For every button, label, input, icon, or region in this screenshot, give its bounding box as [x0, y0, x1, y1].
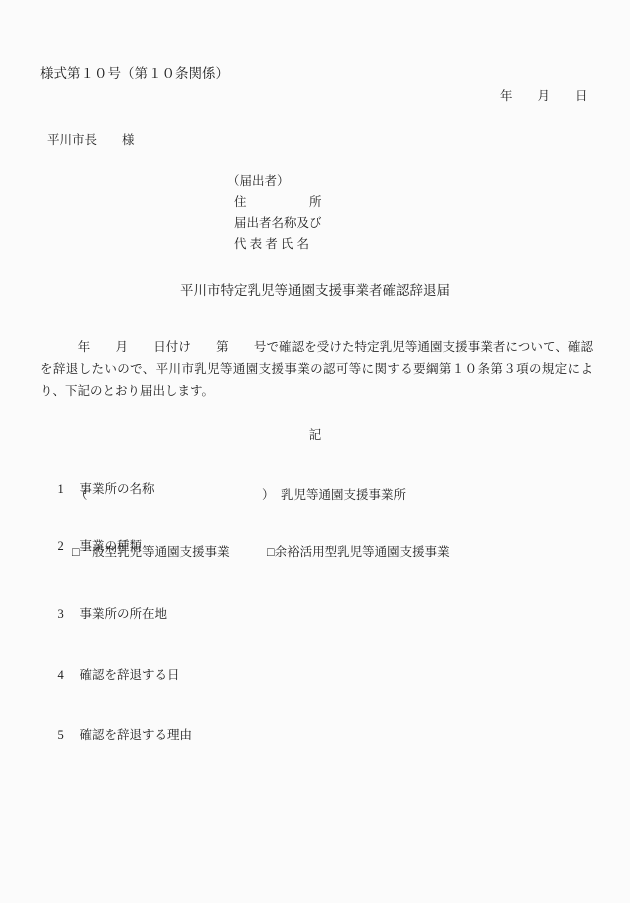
record-heading: 記	[40, 425, 590, 443]
paren-close: ）	[262, 485, 275, 503]
item-4-label: 確認を辞退する日	[80, 668, 180, 682]
applicant-block: （届出者） 住 所 届出者名称及び 代 表 者 氏 名	[227, 171, 322, 255]
form-page: 様式第１０号（第１０条関係） 年 月 日 平川市長 様 （届出者） 住 所 届出…	[0, 0, 630, 903]
addressee: 平川市長 様	[47, 131, 135, 149]
item-4-withdrawal-date: 4確認を辞退する日	[45, 648, 180, 702]
checkbox-option-general-type-label: 一般型乳児等通園支援事業	[80, 545, 230, 559]
business-name-suffix: 乳児等通園支援事業所	[281, 485, 406, 503]
applicant-heading: （届出者）	[227, 171, 322, 192]
item-3-business-location: 3事業所の所在地	[45, 587, 167, 641]
checkbox-option-general-type[interactable]: □一般型乳児等通園支援事業	[72, 542, 230, 560]
checkbox-option-surplus-type[interactable]: □余裕活用型乳児等通園支援事業	[267, 542, 450, 560]
applicant-address-label[interactable]: 住 所	[227, 192, 322, 213]
business-type-options: □一般型乳児等通園支援事業 □余裕活用型乳児等通園支援事業	[0, 542, 630, 560]
item-3-number: 3	[58, 605, 80, 623]
body-paragraph: 年 月 日付け 第 号で確認を受けた特定乳児等通園支援事業者について、確認を辞退…	[40, 336, 593, 402]
date-blank-field[interactable]: 年 月 日	[500, 87, 588, 105]
item-5-number: 5	[58, 726, 80, 744]
business-name-blank-field[interactable]	[92, 486, 260, 501]
paren-open: （	[75, 485, 88, 503]
applicant-name-label[interactable]: 届出者名称及び	[227, 213, 322, 234]
form-number: 様式第１０号（第１０条関係）	[40, 64, 229, 84]
document-title: 平川市特定乳児等通園支援事業者確認辞退届	[40, 279, 590, 299]
applicant-representative-label[interactable]: 代 表 者 氏 名	[227, 234, 322, 255]
item-4-number: 4	[58, 666, 80, 684]
item-5-label: 確認を辞退する理由	[80, 728, 193, 742]
checkbox-option-surplus-type-label: 余裕活用型乳児等通園支援事業	[275, 545, 450, 559]
item-5-withdrawal-reason: 5確認を辞退する理由	[45, 708, 192, 762]
checkbox-icon: □	[72, 545, 80, 559]
item-1-detail-line: （ ） 乳児等通園支援事業所	[0, 485, 630, 503]
checkbox-icon: □	[267, 545, 275, 559]
item-3-label: 事業所の所在地	[80, 607, 168, 621]
